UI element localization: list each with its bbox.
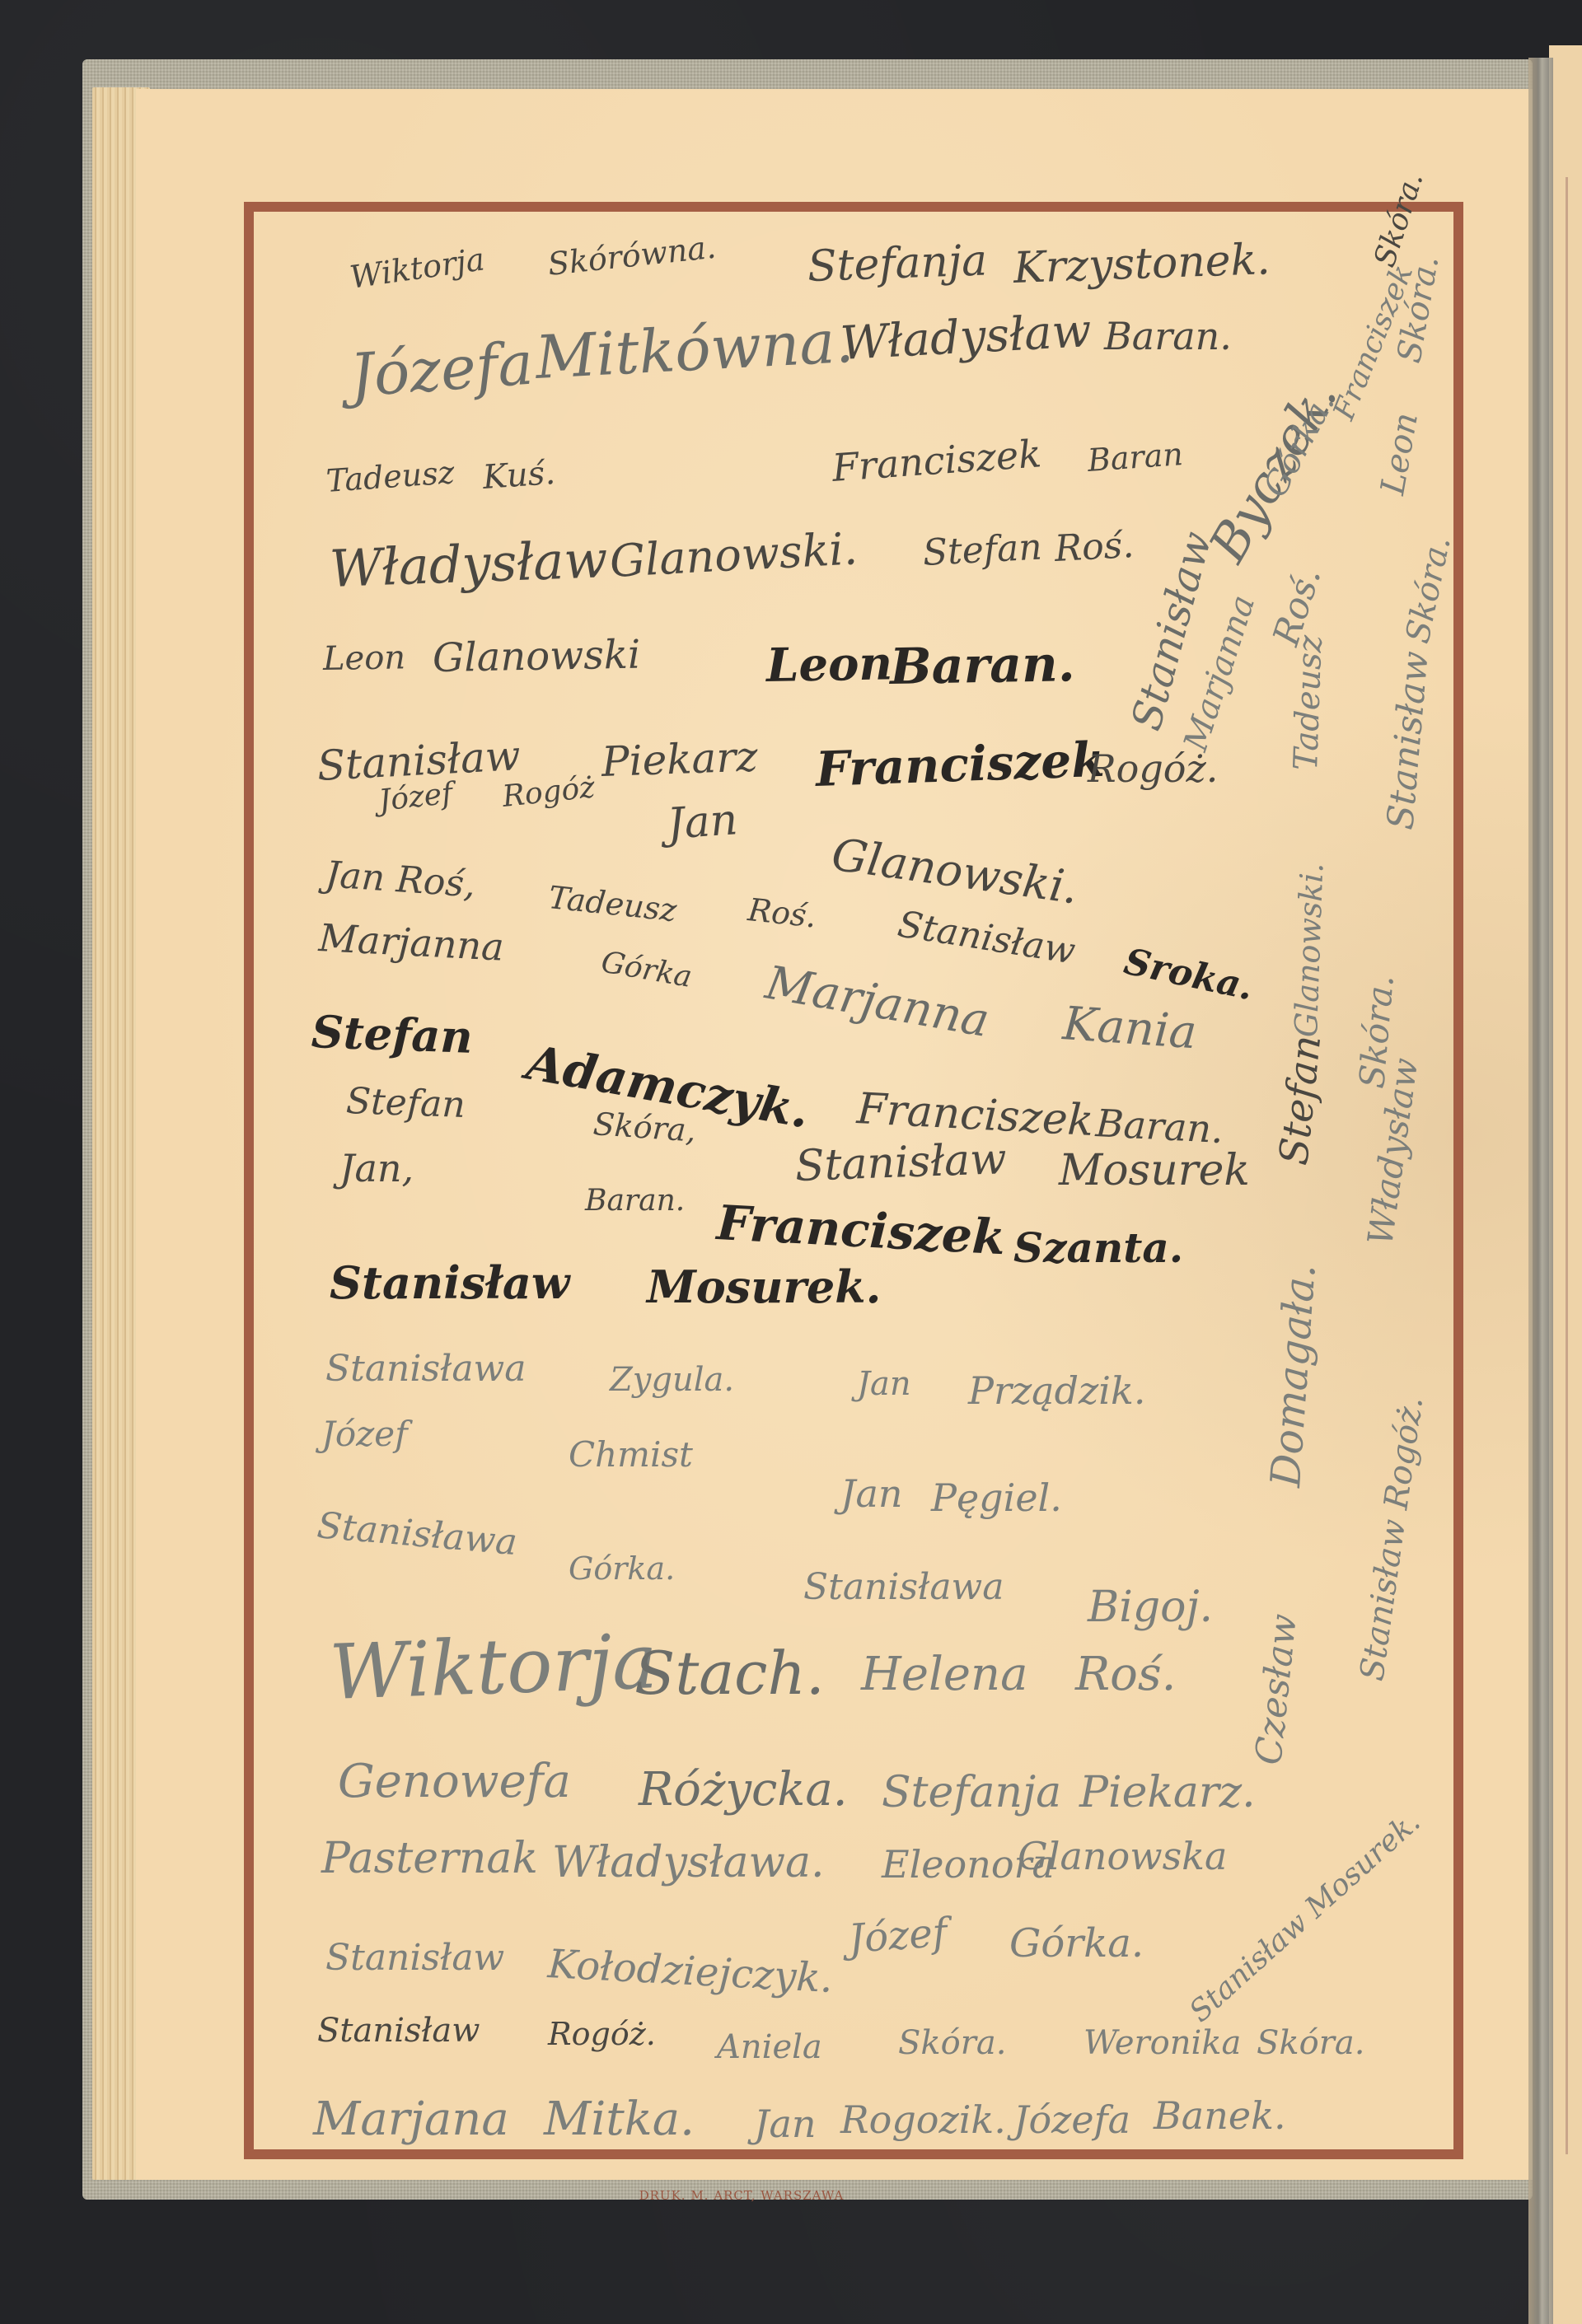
handwritten-signature: Prządzik. (968, 1372, 1146, 1410)
handwritten-signature: Skóra, (592, 1108, 697, 1147)
handwritten-signature: Stefanja (882, 1771, 1061, 1814)
handwritten-signature: Stanisław (330, 1260, 569, 1305)
handwritten-signature: Jan Roś, (324, 857, 476, 904)
handwritten-signature: Jan (666, 798, 739, 846)
adjacent-page-strip (1549, 45, 1582, 2324)
handwritten-signature: Stanisława (803, 1569, 1004, 1606)
handwritten-signature: Marjana (313, 2097, 509, 2143)
handwritten-signature: Władysław (840, 308, 1093, 367)
handwritten-signature: Mosurek. (647, 1265, 881, 1309)
handwritten-signature: Rogóż. (548, 2018, 656, 2050)
handwritten-signature: Rogozik. (840, 2101, 1006, 2139)
handwritten-signature: Genowefa (338, 1759, 571, 1805)
handwritten-signature: Franciszek (715, 1199, 1006, 1261)
handwritten-signature: Józef (377, 779, 454, 816)
handwritten-signature: Górka. (569, 1553, 675, 1584)
handwritten-signature: Banek. (1154, 2097, 1286, 2135)
handwritten-signature: Józef (847, 1913, 948, 1959)
handwritten-signature: Helena (861, 1652, 1027, 1698)
handwritten-signature: Jan (754, 2105, 817, 2143)
handwritten-signature: Franciszek (856, 1087, 1095, 1143)
handwritten-signature: Józef (321, 1417, 408, 1452)
handwritten-signature: Leon (766, 640, 893, 689)
adjacent-page-ornament (1566, 177, 1582, 2154)
handwritten-signature: Bigoj. (1088, 1586, 1213, 1629)
handwritten-signature: Jan (857, 1368, 911, 1400)
handwritten-signature: Różycka. (639, 1767, 848, 1813)
handwritten-signature: Stanisław (794, 1138, 1007, 1188)
handwritten-signature: Stefan (922, 529, 1043, 572)
handwritten-signature: Stefan (345, 1083, 466, 1124)
handwritten-signature: Józefa (1013, 2101, 1130, 2139)
handwritten-signature: Piekarz (601, 736, 758, 783)
handwritten-signature: Skóra. (1257, 2027, 1364, 2060)
handwritten-signature: Glanowski (433, 635, 641, 678)
handwritten-signature: Leon (323, 641, 406, 676)
handwritten-signature: Marjanna (318, 919, 505, 966)
handwritten-signature: Józefa (348, 334, 535, 405)
handwritten-signature: Stanisław (316, 735, 522, 787)
handwritten-signature: Szanta. (1013, 1227, 1183, 1269)
handwritten-signature: Stanisława (325, 1351, 526, 1387)
printer-imprint: DRUK. M. ARCT, WARSZAWA (0, 2188, 1582, 2203)
handwritten-signature: Stefanja (807, 239, 988, 288)
handwritten-signature: Mitka. (544, 2097, 695, 2143)
handwritten-signature: Stefan (311, 1009, 474, 1059)
margin-signature: Glanowski. (1290, 863, 1327, 1038)
handwritten-signature: Wiktorja (328, 1624, 658, 1711)
margin-signature: Tadeusz (1289, 634, 1327, 770)
page-gutter (1528, 58, 1553, 2324)
handwritten-signature: Stanisław (325, 1940, 504, 1976)
handwritten-signature: Chmist (569, 1438, 693, 1472)
handwritten-signature: Roś. (1075, 1652, 1176, 1698)
handwritten-signature: Jan (840, 1475, 903, 1513)
handwritten-signature: Glanowska (1018, 1837, 1227, 1875)
handwritten-signature: Jan, (339, 1149, 414, 1187)
handwritten-signature: Baran. (585, 1186, 685, 1216)
handwritten-signature: Kuś. (482, 456, 557, 494)
handwritten-signature: Zygula. (610, 1363, 734, 1396)
handwritten-signature: Mosurek (1059, 1149, 1250, 1192)
handwritten-signature: Baran. (1095, 1104, 1224, 1148)
handwritten-signature: Kania (1061, 1001, 1198, 1056)
handwritten-signature: Roś. (747, 894, 818, 932)
handwritten-signature: Tadeusz (325, 456, 456, 497)
handwritten-signature: Roś. (1054, 527, 1135, 568)
handwritten-signature: Aniela (717, 2031, 822, 2064)
handwritten-signature: Baran (1087, 438, 1184, 476)
handwritten-signature: Mitkówna. (534, 311, 855, 387)
handwritten-signature: Glanowski. (609, 526, 859, 584)
handwritten-signature: Władysław (329, 534, 608, 595)
handwritten-signature: Górka. (1009, 1924, 1144, 1963)
handwritten-signature: Władysława. (552, 1841, 825, 1884)
handwritten-signature: Piekarz. (1079, 1771, 1256, 1814)
handwritten-signature: Stanisław (317, 2014, 480, 2047)
handwritten-signature: Stach. (634, 1644, 825, 1703)
handwritten-signature: Baran. (889, 639, 1075, 692)
handwritten-signature: Weronika (1084, 2027, 1241, 2060)
handwritten-signature: Franciszek (815, 736, 1105, 793)
imprint-text: DRUK. M. ARCT, WARSZAWA (639, 2188, 845, 2203)
handwritten-signature: Baran. (1104, 317, 1232, 355)
handwritten-signature: Krzystonek. (1013, 238, 1271, 290)
handwritten-signature: Skóra. (898, 2027, 1006, 2060)
handwritten-signature: Pasternak (321, 1837, 538, 1880)
handwritten-signature: Rogóż. (1088, 750, 1218, 788)
handwritten-signature: Pęgiel. (931, 1479, 1062, 1517)
